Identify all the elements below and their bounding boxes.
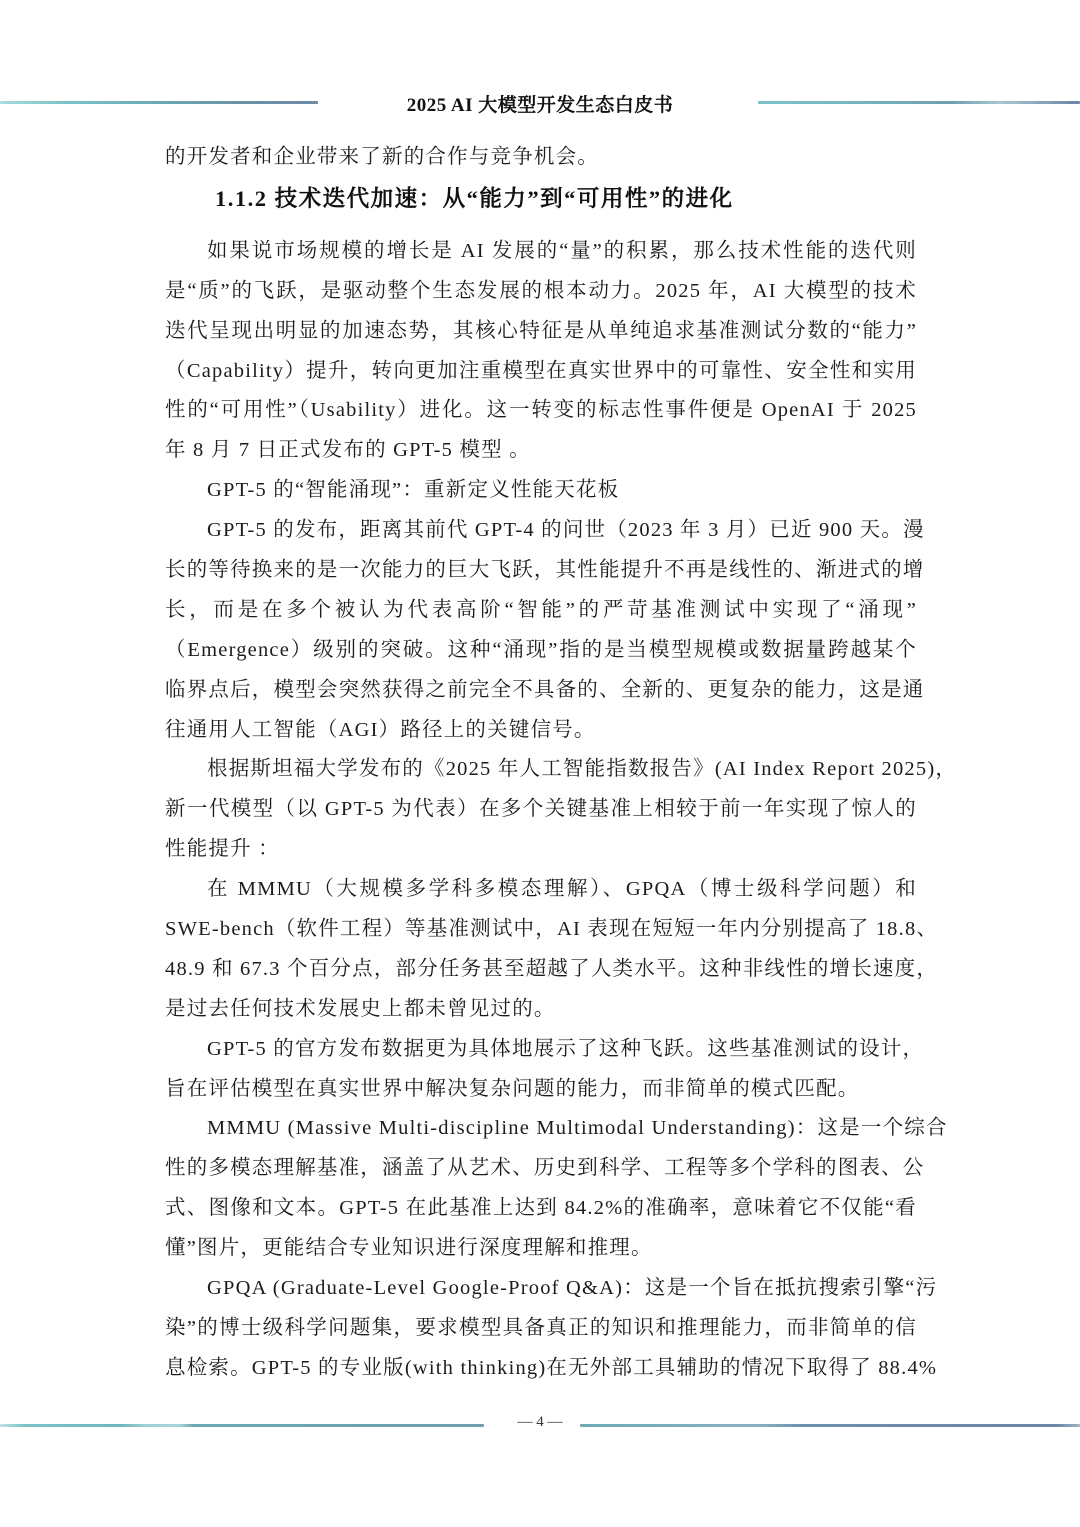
paragraph: 如果说市场规模的增长是 AI 发展的“量”的积累，那么技术性能的迭代则 是“质”… xyxy=(165,232,917,471)
text-line: （Capability）提升，转向更加注重模型在真实世界中的可靠性、安全性和实用 xyxy=(165,352,917,392)
text-line: 性的“可用性”（Usability）进化。这一转变的标志性事件便是 OpenAI… xyxy=(165,391,917,431)
text-line: 息检索。GPT-5 的专业版(with thinking)在无外部工具辅助的情况… xyxy=(165,1349,917,1389)
paragraph: MMMU (Massive Multi-discipline Multimoda… xyxy=(165,1109,917,1269)
text-line: 性的多模态理解基准，涵盖了从艺术、历史到科学、工程等多个学科的图表、公 xyxy=(165,1149,917,1189)
subheading-paragraph: GPT-5 的“智能涌现”：重新定义性能天花板 xyxy=(165,471,917,511)
text-line: 临界点后，模型会突然获得之前完全不具备的、全新的、更复杂的能力，这是通 xyxy=(165,671,917,711)
text-line: 染”的博士级科学问题集，要求模型具备真正的知识和推理能力，而非简单的信 xyxy=(165,1309,917,1349)
text-line: 是过去任何技术发展史上都未曾见过的。 xyxy=(165,990,917,1030)
body-text: 的开发者和企业带来了新的合作与竞争机会。 1.1.2 技术迭代加速：从“能力”到… xyxy=(165,138,917,1389)
section-heading: 1.1.2 技术迭代加速：从“能力”到“可用性”的进化 xyxy=(165,176,917,222)
text-line: 迭代呈现出明显的加速态势，其核心特征是从单纯追求基准测试分数的“能力” xyxy=(165,312,917,352)
paragraph: 在 MMMU（大规模多学科多模态理解）、GPQA（博士级科学问题）和 SWE-b… xyxy=(165,870,917,1030)
paragraph: 根据斯坦福大学发布的《2025 年人工智能指数报告》(AI Index Repo… xyxy=(165,750,917,870)
page-number: — 4 — xyxy=(0,1414,1080,1431)
text-line: （Emergence）级别的突破。这种“涌现”指的是当模型规模或数据量跨越某个 xyxy=(165,631,917,671)
text-line: 48.9 和 67.3 个百分点，部分任务甚至超越了人类水平。这种非线性的增长速… xyxy=(165,950,917,990)
text-line: 在 MMMU（大规模多学科多模态理解）、GPQA（博士级科学问题）和 xyxy=(165,870,917,910)
text-line: MMMU (Massive Multi-discipline Multimoda… xyxy=(165,1109,917,1149)
paragraph: GPT-5 的官方发布数据更为具体地展示了这种飞跃。这些基准测试的设计， 旨在评… xyxy=(165,1030,917,1110)
text-line: GPT-5 的官方发布数据更为具体地展示了这种飞跃。这些基准测试的设计， xyxy=(165,1030,917,1070)
text-line: SWE-bench（软件工程）等基准测试中，AI 表现在短短一年内分别提高了 1… xyxy=(165,910,917,950)
paragraph: GPQA (Graduate-Level Google-Proof Q&A)：这… xyxy=(165,1269,917,1389)
text-line: 往通用人工智能（AGI）路径上的关键信号。 xyxy=(165,711,917,751)
text-line: 旨在评估模型在真实世界中解决复杂问题的能力，而非简单的模式匹配。 xyxy=(165,1070,917,1110)
text-line: 懂”图片，更能结合专业知识进行深度理解和推理。 xyxy=(165,1229,917,1269)
text-line: 长，而是在多个被认为代表高阶“智能”的严苛基准测试中实现了“涌现” xyxy=(165,591,917,631)
paragraph: GPT-5 的发布，距离其前代 GPT-4 的问世（2023 年 3 月）已近 … xyxy=(165,511,917,750)
text-line: GPT-5 的发布，距离其前代 GPT-4 的问世（2023 年 3 月）已近 … xyxy=(165,511,917,551)
text-line: 根据斯坦福大学发布的《2025 年人工智能指数报告》(AI Index Repo… xyxy=(165,750,917,790)
text-line: 是“质”的飞跃，是驱动整个生态发展的根本动力。2025 年，AI 大模型的技术 xyxy=(165,272,917,312)
text-line: GPQA (Graduate-Level Google-Proof Q&A)：这… xyxy=(165,1269,917,1309)
text-line: 新一代模型（以 GPT-5 为代表）在多个关键基准上相较于前一年实现了惊人的 xyxy=(165,790,917,830)
text-line: 式、图像和文本。GPT-5 在此基准上达到 84.2%的准确率，意味着它不仅能“… xyxy=(165,1189,917,1229)
text-line: 的开发者和企业带来了新的合作与竞争机会。 xyxy=(165,138,917,178)
text-line: 长的等待换来的是一次能力的巨大飞跃，其性能提升不再是线性的、渐进式的增 xyxy=(165,551,917,591)
text-line: GPT-5 的“智能涌现”：重新定义性能天花板 xyxy=(165,471,917,511)
text-line: 年 8 月 7 日正式发布的 GPT-5 模型 。 xyxy=(165,431,917,471)
header-rule-right xyxy=(758,101,1080,104)
footer-rule-right xyxy=(580,1424,1080,1427)
text-line: 性能提升 ： xyxy=(165,830,917,870)
text-line: 如果说市场规模的增长是 AI 发展的“量”的积累，那么技术性能的迭代则 xyxy=(165,232,917,272)
